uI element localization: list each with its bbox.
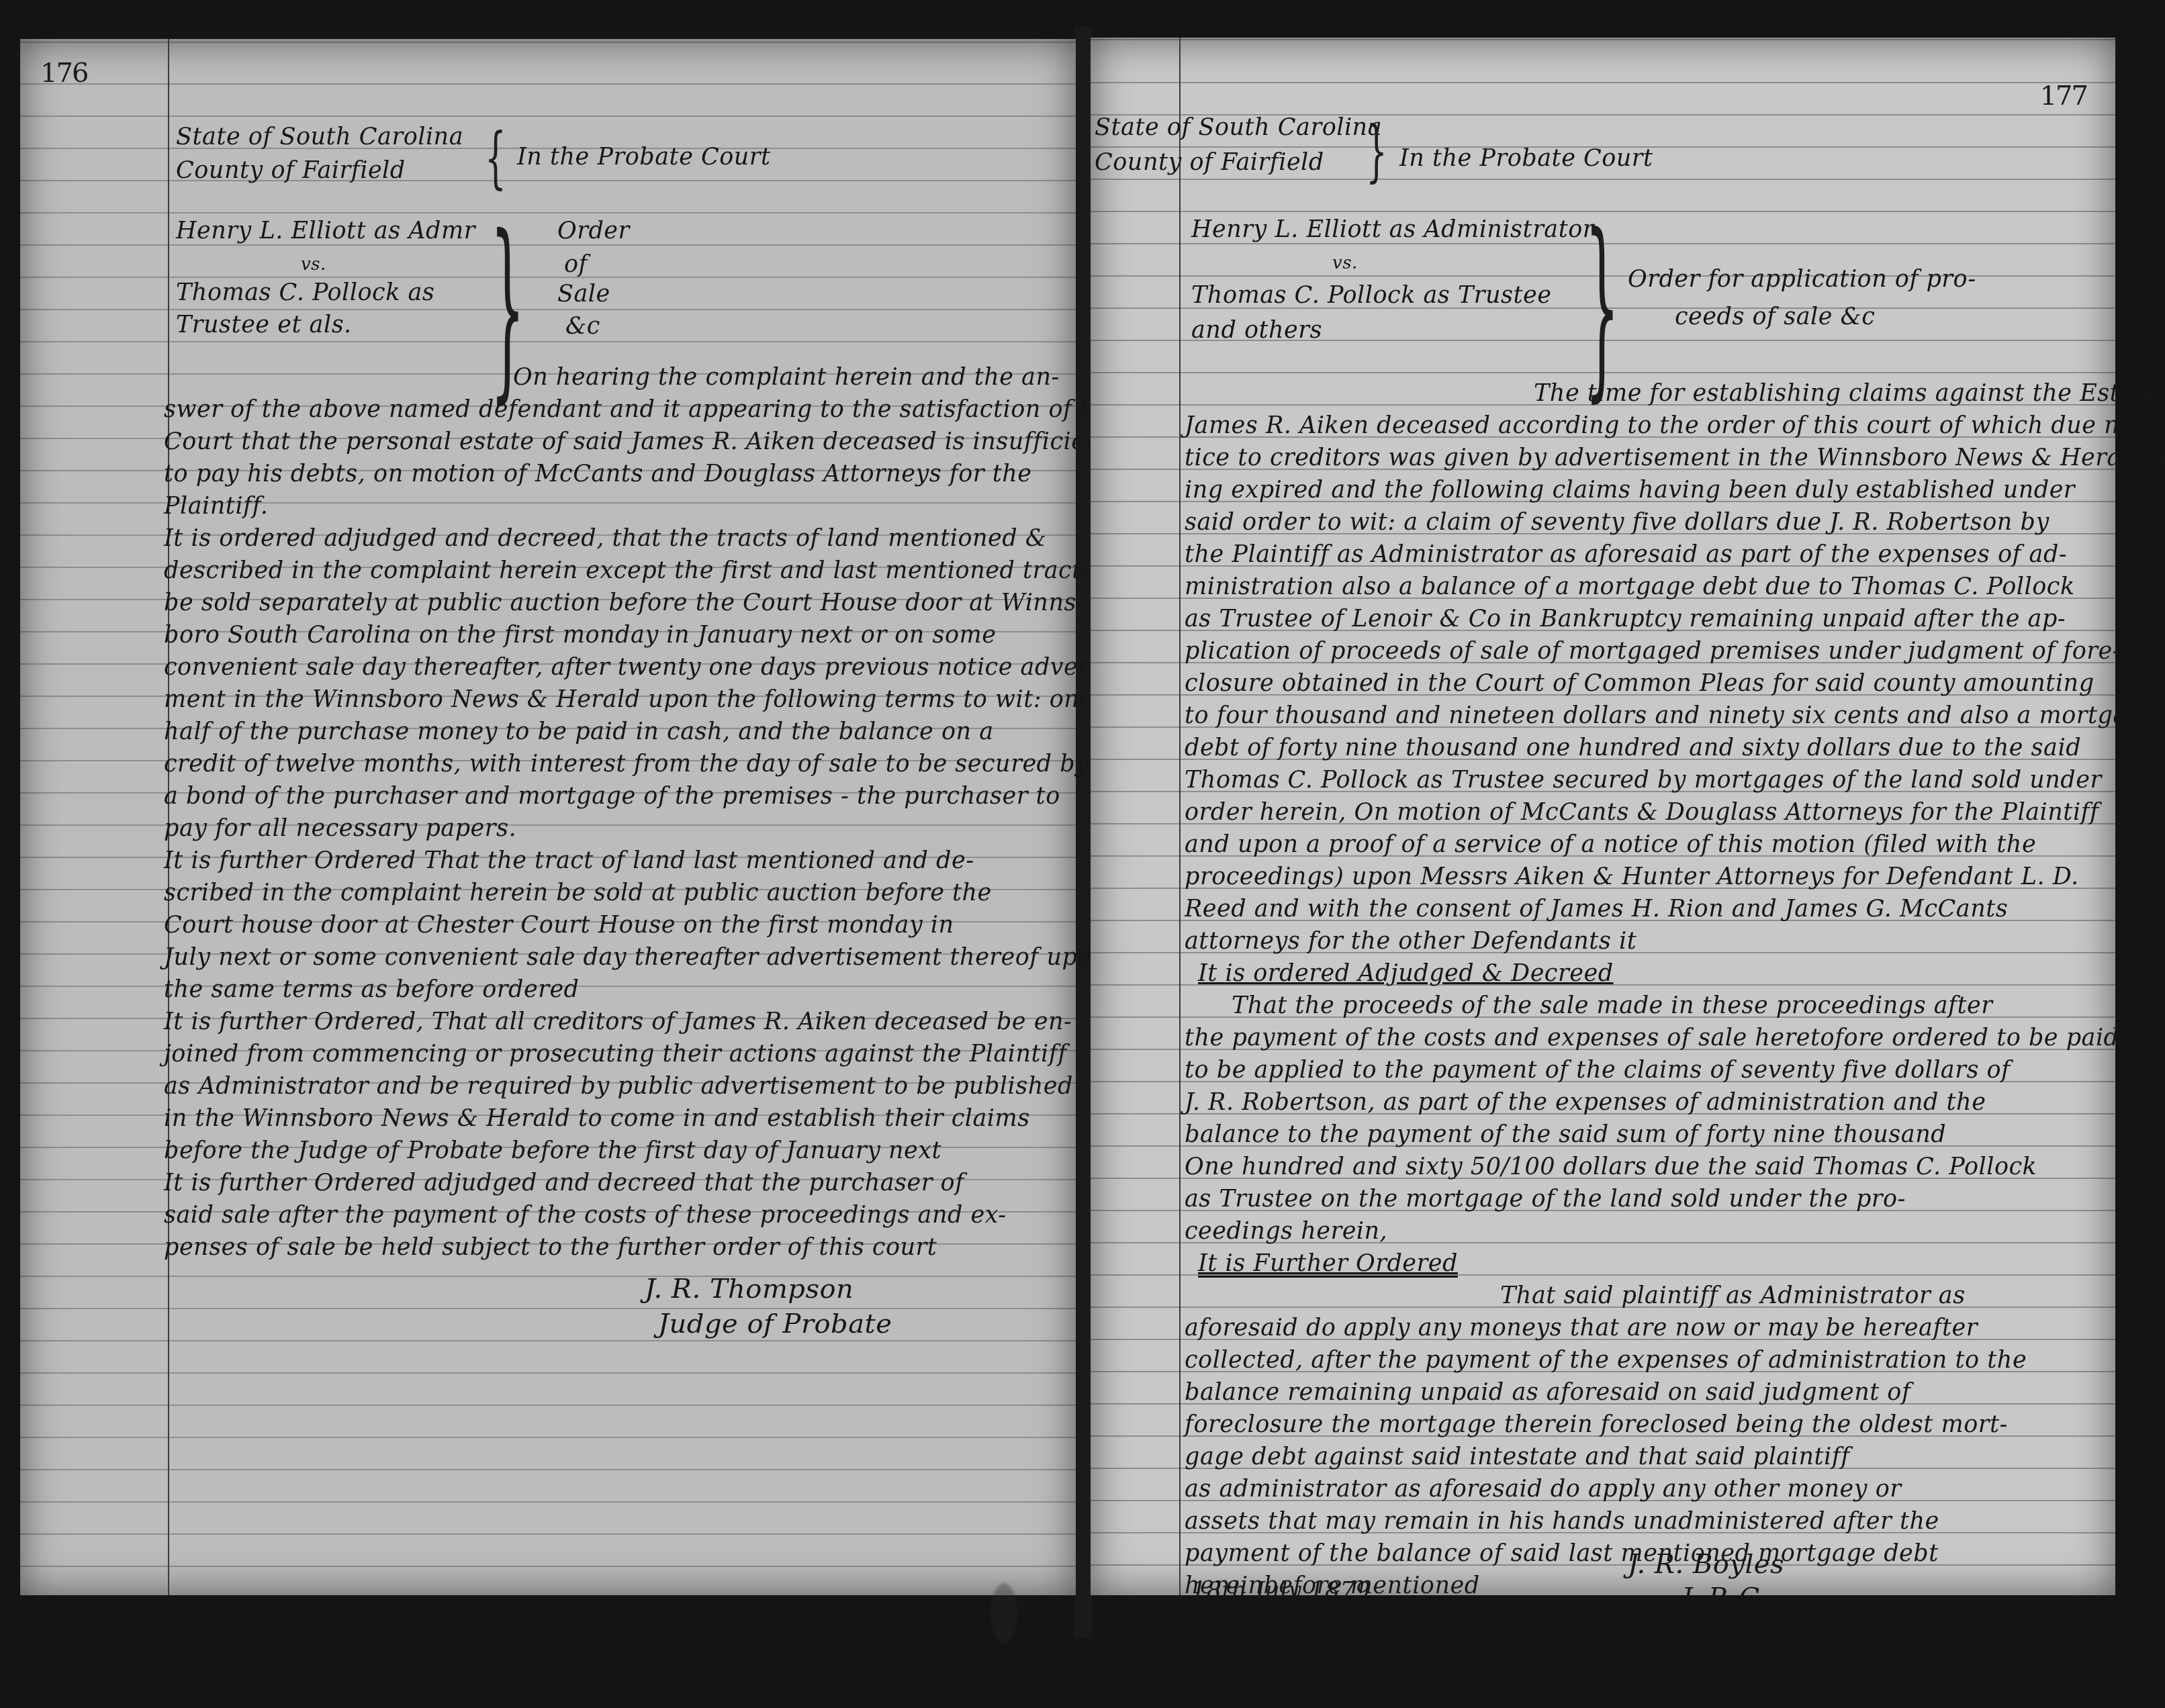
order-date: 18th July 1879 [1191, 1575, 1371, 1607]
body-line: penses of sale be held subject to the fu… [164, 1231, 1057, 1264]
body-line: as administrator as aforesaid do apply a… [1185, 1473, 2105, 1505]
body-line: ministration also a balance of a mortgag… [1185, 571, 2105, 603]
body-line: order herein, On motion of McCants & Dou… [1185, 796, 2105, 828]
body-line: swer of the above named defendant and it… [164, 393, 1057, 426]
body-line: One hundred and sixty 50/100 dollars due… [1185, 1151, 2105, 1183]
order-body-right: The time for establishing claims against… [1185, 377, 2105, 1602]
body-line: convenient sale day thereafter, after tw… [164, 651, 1057, 683]
caption-brace: } [1366, 111, 1387, 190]
page-number-right: 177 [2040, 81, 2087, 111]
body-line: Thomas C. Pollock as Trustee secured by … [1185, 764, 2105, 796]
plaintiff-name: Henry L. Elliott as Administrator [1191, 213, 1594, 246]
judge-title: Judge of Probate [658, 1308, 892, 1340]
body-line: as Trustee on the mortgage of the land s… [1185, 1183, 2105, 1215]
body-line: joined from commencing or prosecuting th… [164, 1038, 1057, 1070]
body-line: the Plaintiff as Administrator as afores… [1185, 538, 2105, 571]
body-line: Court that the personal estate of said J… [164, 426, 1057, 458]
caption-county: County of Fairfield [176, 154, 406, 187]
body-line: scribed in the complaint herein be sold … [164, 877, 1057, 909]
body-line: plication of proceeds of sale of mortgag… [1185, 635, 2105, 667]
caption-brace: { [485, 118, 506, 197]
body-line: On hearing the complaint herein and the … [164, 361, 1057, 393]
body-line: said order to wit: a claim of seventy fi… [1185, 506, 2105, 538]
body-line: to pay his debts, on motion of McCants a… [164, 458, 1057, 490]
order-title-1: Order [557, 215, 630, 247]
defendant-name-2: and others [1191, 314, 1322, 346]
body-line: The time for establishing claims against… [1185, 377, 2105, 410]
body-line: Plaintiff. [164, 490, 1057, 522]
body-line: James R. Aiken deceased according to the… [1185, 410, 2105, 442]
body-line: as Administrator and be required by publ… [164, 1070, 1057, 1102]
body-line: the payment of the costs and expenses of… [1185, 1022, 2105, 1054]
body-line: the same terms as before ordered [164, 974, 1057, 1006]
body-line: as Trustee of Lenoir & Co in Bankruptcy … [1185, 603, 2105, 635]
body-line: J. R. Robertson, as part of the expenses… [1185, 1086, 2105, 1119]
body-line: to four thousand and nineteen dollars an… [1185, 700, 2105, 732]
caption-county: County of Fairfield [1095, 146, 1324, 179]
body-line: ment in the Winnsboro News & Herald upon… [164, 683, 1057, 716]
book-spine [1074, 27, 1092, 1638]
ink-stain [991, 1583, 1017, 1644]
versus-label: vs. [301, 248, 326, 281]
body-line: a bond of the purchaser and mortgage of … [164, 780, 1057, 812]
body-line: balance to the payment of the said sum o… [1185, 1119, 2105, 1151]
order-body-left: On hearing the complaint herein and the … [164, 361, 1057, 1264]
body-line: July next or some convenient sale day th… [164, 941, 1057, 974]
judge-title: J. P. C. [1682, 1582, 1768, 1614]
body-line: foreclosure the mortgage therein foreclo… [1185, 1409, 2105, 1441]
right-margin-rule [1179, 38, 1181, 1595]
body-line: before the Judge of Probate before the f… [164, 1135, 1057, 1167]
heading-ordered-adjudged: It is ordered Adjudged & Decreed [1185, 957, 2105, 990]
body-line: proceedings) upon Messrs Aiken & Hunter … [1185, 861, 2105, 893]
defendant-name: Thomas C. Pollock as [176, 277, 434, 309]
order-title-1: Order for application of pro- [1628, 263, 1976, 295]
body-line: Reed and with the consent of James H. Ri… [1185, 893, 2105, 925]
heading-further-ordered: It is Further Ordered [1185, 1247, 2105, 1280]
body-line: ceedings herein, [1185, 1215, 2105, 1247]
body-line: pay for all necessary papers. [164, 812, 1057, 845]
page-number-left: 176 [40, 58, 87, 89]
body-line: and upon a proof of a service of a notic… [1185, 828, 2105, 861]
order-title-3: Sale [557, 278, 610, 310]
left-page: 176 State of South Carolina County of Fa… [20, 39, 1076, 1595]
body-line: assets that may remain in his hands unad… [1185, 1505, 2105, 1537]
body-line: tice to creditors was given by advertise… [1185, 442, 2105, 474]
body-line: to be applied to the payment of the clai… [1185, 1054, 2105, 1086]
order-title-4: &c [565, 310, 600, 342]
body-line: attorneys for the other Defendants it [1185, 925, 2105, 957]
order-title-2: of [564, 248, 588, 281]
body-line: That the proceeds of the sale made in th… [1185, 990, 2105, 1022]
body-line: gage debt against said intestate and tha… [1185, 1441, 2105, 1473]
body-line: said sale after the payment of the costs… [164, 1199, 1057, 1231]
body-line: in the Winnsboro News & Herald to come i… [164, 1102, 1057, 1135]
caption-court: In the Probate Court [1399, 142, 1653, 175]
body-line: collected, after the payment of the expe… [1185, 1344, 2105, 1376]
body-line: balance remaining unpaid as aforesaid on… [1185, 1376, 2105, 1409]
body-line: be sold separately at public auction bef… [164, 587, 1057, 619]
plaintiff-name: Henry L. Elliott as Admr [176, 215, 475, 247]
over-note: over [1493, 1622, 1547, 1654]
body-line: ing expired and the following claims hav… [1185, 474, 2105, 506]
judge-signature: J. R. Boyles [1628, 1548, 1784, 1580]
defendant-name: Thomas C. Pollock as Trustee [1191, 279, 1552, 312]
body-line: closure obtained in the Court of Common … [1185, 667, 2105, 700]
body-line: credit of twelve months, with interest f… [164, 748, 1057, 780]
body-line: debt of forty nine thousand one hundred … [1185, 732, 2105, 764]
body-line: It is further Ordered That the tract of … [164, 845, 1057, 877]
body-line: That said plaintiff as Administrator as [1185, 1280, 2105, 1312]
body-line: It is further Ordered adjudged and decre… [164, 1167, 1057, 1199]
caption-court: In the Probate Court [517, 141, 771, 173]
judge-signature: J. R. Thompson [645, 1273, 854, 1305]
body-line: described in the complaint herein except… [164, 555, 1057, 587]
order-title-2: ceeds of sale &c [1675, 301, 1875, 333]
defendant-name-2: Trustee et als. [176, 309, 352, 341]
body-line: boro South Carolina on the first monday … [164, 619, 1057, 651]
caption-state: State of South Carolina [176, 121, 463, 153]
body-line: Court house door at Chester Court House … [164, 909, 1057, 941]
body-line: aforesaid do apply any moneys that are n… [1185, 1312, 2105, 1344]
body-line: It is ordered adjudged and decreed, that… [164, 522, 1057, 555]
versus-label: vs. [1332, 247, 1358, 279]
body-line: It is further Ordered, That all creditor… [164, 1006, 1057, 1038]
caption-state: State of South Carolina [1095, 111, 1382, 144]
body-line: half of the purchase money to be paid in… [164, 716, 1057, 748]
right-page: 177 State of South Carolina County of Fa… [1091, 38, 2115, 1595]
